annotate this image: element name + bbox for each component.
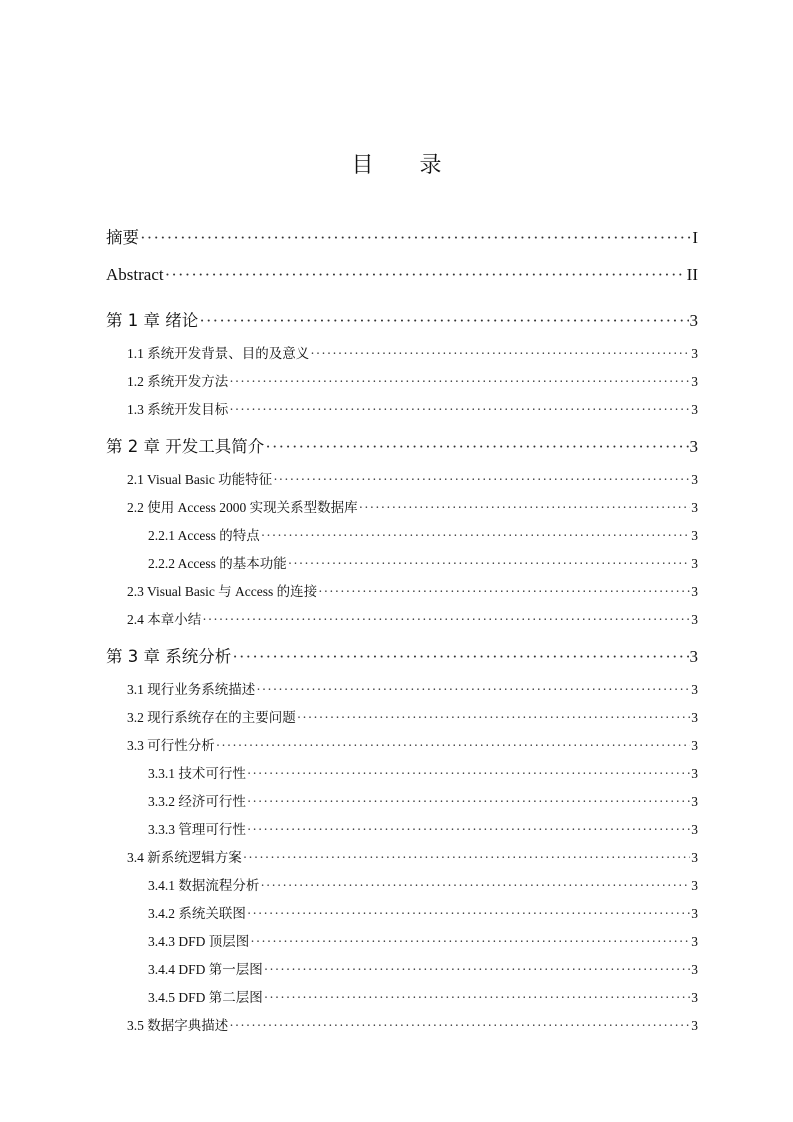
toc-entry-page-number: 3 (691, 1018, 698, 1034)
toc-entry-page-number: 3 (691, 710, 698, 726)
toc-entry[interactable]: 3.4.5 DFD 第二层图3 (106, 986, 698, 1006)
toc-entry[interactable]: 第 1 章 绪论3 (106, 307, 698, 331)
toc-entry[interactable]: 2.2.2 Access 的基本功能3 (106, 552, 698, 572)
toc-entry-label: 2.4 本章小结 (106, 608, 201, 628)
dot-leader (264, 990, 690, 1006)
dot-leader (260, 878, 690, 894)
dot-leader (310, 346, 690, 362)
toc-entry-label: 2.1 Visual Basic 功能特征 (106, 468, 272, 488)
toc-entry[interactable]: 3.4.2 系统关联图3 (106, 902, 698, 922)
toc-entry[interactable]: 2.1 Visual Basic 功能特征3 (106, 468, 698, 488)
dot-leader (199, 311, 688, 331)
toc-entry[interactable]: 1.2 系统开发方法3 (106, 370, 698, 390)
toc-entry-label: 3.3.3 管理可行性 (106, 818, 246, 838)
toc-entry-label: 2.3 Visual Basic 与 Access 的连接 (106, 580, 317, 600)
toc-entry-label: 3.4.3 DFD 顶层图 (106, 930, 249, 950)
toc-entry-page-number: II (687, 265, 698, 285)
toc-entry-page-number: 3 (690, 647, 699, 667)
toc-entry[interactable]: 1.1 系统开发背景、目的及意义3 (106, 342, 698, 362)
dot-leader (165, 265, 686, 285)
dot-leader (247, 822, 690, 838)
dot-leader (318, 584, 690, 600)
dot-leader (256, 682, 690, 698)
toc-entry[interactable]: 2.2.1 Access 的特点3 (106, 524, 698, 544)
toc-entry-page-number: 3 (691, 962, 698, 978)
toc-entry-page-number: 3 (691, 934, 698, 950)
toc-entry-page-number: 3 (691, 878, 698, 894)
toc-entry[interactable]: 3.3.2 经济可行性3 (106, 790, 698, 810)
toc-entry[interactable]: 2.2 使用 Access 2000 实现关系型数据库3 (106, 496, 698, 516)
toc-entry-page-number: 3 (691, 794, 698, 810)
dot-leader (140, 228, 691, 248)
toc-entry-label: 3.3.1 技术可行性 (106, 762, 246, 782)
toc-entry-label: 3.4.2 系统关联图 (106, 902, 246, 922)
toc-entry-label: 1.2 系统开发方法 (106, 370, 228, 390)
toc-entry-page-number: 3 (691, 612, 698, 628)
toc-entry-page-number: 3 (691, 584, 698, 600)
toc-entry-label: 3.1 现行业务系统描述 (106, 678, 255, 698)
toc-entry[interactable]: 3.4.4 DFD 第一层图3 (106, 958, 698, 978)
dot-leader (229, 402, 690, 418)
toc-entry-label: 2.2 使用 Access 2000 实现关系型数据库 (106, 496, 358, 516)
toc-entry-label: 2.2.2 Access 的基本功能 (106, 552, 287, 572)
dot-leader (359, 500, 691, 516)
toc-entry-label: 3.4.5 DFD 第二层图 (106, 986, 263, 1006)
dot-leader (229, 1018, 690, 1034)
toc-entry[interactable]: 1.3 系统开发目标3 (106, 398, 698, 418)
toc-entry-page-number: 3 (691, 472, 698, 488)
dot-leader (261, 528, 691, 544)
toc-entry-label: 1.3 系统开发目标 (106, 398, 228, 418)
toc-entry-page-number: 3 (691, 500, 698, 516)
toc-entry[interactable]: 3.4.3 DFD 顶层图3 (106, 930, 698, 950)
toc-entry[interactable]: 3.1 现行业务系统描述3 (106, 678, 698, 698)
toc-entry-page-number: 3 (691, 906, 698, 922)
dot-leader (273, 472, 690, 488)
dot-leader (229, 374, 690, 390)
toc-entry-page-number: 3 (691, 528, 698, 544)
toc-entry[interactable]: 3.4.1 数据流程分析3 (106, 874, 698, 894)
toc-entry-page-number: 3 (691, 682, 698, 698)
toc-entry-label: 3.4.1 数据流程分析 (106, 874, 259, 894)
toc-entry-label: 3.4.4 DFD 第一层图 (106, 958, 263, 978)
dot-leader (250, 934, 690, 950)
toc-entry-label: 2.2.1 Access 的特点 (106, 524, 260, 544)
toc-entry-label: 3.2 现行系统存在的主要问题 (106, 706, 296, 726)
toc-entry-page-number: 3 (691, 822, 698, 838)
dot-leader (264, 962, 690, 978)
toc-entry-label: 3.3 可行性分析 (106, 734, 215, 754)
dot-leader (243, 850, 691, 866)
toc-entry[interactable]: 2.3 Visual Basic 与 Access 的连接3 (106, 580, 698, 600)
dot-leader (216, 738, 691, 754)
toc-entry-page-number: 3 (691, 402, 698, 418)
toc-entry-label: 3.4 新系统逻辑方案 (106, 846, 242, 866)
toc-entry-label: 3.3.2 经济可行性 (106, 790, 246, 810)
dot-leader (247, 766, 690, 782)
toc-title: 目录 (0, 148, 793, 179)
toc-entry-page-number: 3 (691, 990, 698, 1006)
toc-entry-page-number: 3 (691, 556, 698, 572)
toc-entry-page-number: 3 (691, 766, 698, 782)
toc-entry-label: 第 1 章 绪论 (106, 307, 198, 331)
toc-entry[interactable]: 3.4 新系统逻辑方案3 (106, 846, 698, 866)
toc-entry-page-number: I (692, 228, 698, 248)
toc-entry-page-number: 3 (691, 346, 698, 362)
toc-entry[interactable]: 第 2 章 开发工具简介3 (106, 433, 698, 457)
toc-entry[interactable]: 第 3 章 系统分析3 (106, 643, 698, 667)
toc-entry[interactable]: AbstractII (106, 265, 698, 285)
dot-leader (265, 437, 688, 457)
toc-entry[interactable]: 3.3.3 管理可行性3 (106, 818, 698, 838)
toc-entry[interactable]: 摘要I (106, 224, 698, 248)
toc-entry-label: Abstract (106, 265, 164, 285)
dot-leader (288, 556, 691, 572)
toc-entry-page-number: 3 (691, 738, 698, 754)
dot-leader (297, 710, 691, 726)
dot-leader (247, 794, 690, 810)
toc-entry-label: 3.5 数据字典描述 (106, 1014, 228, 1034)
toc-entry-page-number: 3 (691, 374, 698, 390)
toc-entry-page-number: 3 (690, 311, 699, 331)
toc-entry-page-number: 3 (690, 437, 699, 457)
toc-entry-label: 1.1 系统开发背景、目的及意义 (106, 342, 309, 362)
toc-entry[interactable]: 3.2 现行系统存在的主要问题3 (106, 706, 698, 726)
dot-leader (202, 612, 690, 628)
toc-entry[interactable]: 3.3 可行性分析3 (106, 734, 698, 754)
toc-entry[interactable]: 3.3.1 技术可行性3 (106, 762, 698, 782)
dot-leader (247, 906, 690, 922)
toc-entry[interactable]: 2.4 本章小结3 (106, 608, 698, 628)
toc-entry-page-number: 3 (691, 850, 698, 866)
dot-leader (232, 647, 688, 667)
toc-entry[interactable]: 3.5 数据字典描述3 (106, 1014, 698, 1034)
toc-entry-label: 第 3 章 系统分析 (106, 643, 231, 667)
toc-entry-label: 第 2 章 开发工具简介 (106, 433, 264, 457)
toc-entry-label: 摘要 (106, 224, 139, 248)
